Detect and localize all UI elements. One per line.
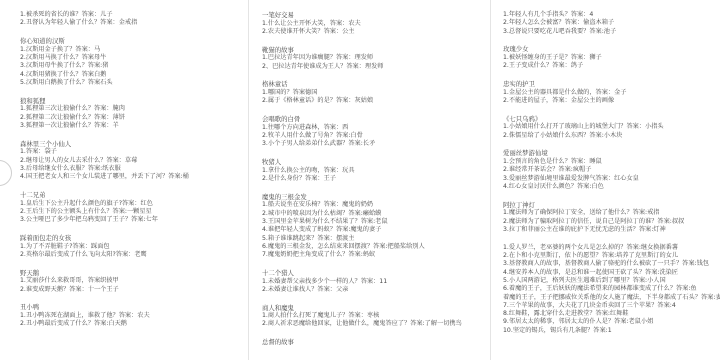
quiz-line: 3.爱丽丝梦游仙境里谁最爱发脾气答案：红心女皇 bbox=[503, 175, 720, 183]
section-title: 牧猪人 bbox=[262, 158, 490, 167]
quiz-section: 牧猪人1.拿什么换公主的吻，答案：玩具2.是什么身份？答案：王子 bbox=[262, 158, 490, 183]
quiz-line: 1.爱人罗兰，老巫婆的两个女儿是怎么掉的？答案:继女换据番薯 bbox=[503, 244, 720, 252]
quiz-section: 1.爱人罗兰，老巫婆的两个女儿是怎么掉的？答案:继女换据番薯2.在卜和小克里斯汀… bbox=[503, 244, 720, 335]
column-2: 一笔好交易1.什么让公主开怀大笑，答案：农夫2.农夫使谁开怀大笑？答案：公主靴猫… bbox=[248, 0, 490, 360]
quiz-line: 6.着魔的王子，王后妖妖的魔法希望来的园林都谁变成了什么？答案:鱼 bbox=[503, 285, 720, 293]
quiz-line: 3.基督教商人的故事，基督教商人偷了骆驼的什么被砍了一只手？答案:钱包 bbox=[503, 260, 720, 268]
quiz-section: 阿拉丁神灯1.魔法师为了确保阿拉丁安全，送给了他什么？答案:戒指2.魔法师为了骗… bbox=[503, 201, 720, 234]
section-title: 爱丽丝梦游仙境 bbox=[503, 149, 720, 158]
quiz-line: 1.答案：袋子 bbox=[20, 148, 248, 156]
quiz-line: 4.国王把老女人和三个女儿装进了哪里，并丢下了河？答案:桶 bbox=[20, 173, 248, 181]
quiz-line: 3.汉斯用母牛换了什么？答案:猪 bbox=[20, 62, 248, 70]
quiz-line: 2、巴拉达青年使谁成为王人？答案：理发师 bbox=[262, 63, 490, 71]
quiz-section: 魔鬼的三根金发1.船夫说坐在安乐椅？答案：魔鬼的奶奶2.城市中的喷泉因为什么枯竭… bbox=[262, 193, 490, 260]
quiz-section: 踩着面包走的女孩1.为了不弄脏鞋子?答案：踩面包2.英格尔最后变成了什么飞向太阳… bbox=[20, 234, 248, 259]
quiz-section: 丑小鸭1.丑小鸭冻死在湖面上，谁救了他？答案：农夫2.丑小鸭最后变成了什么？答案… bbox=[20, 303, 248, 328]
quiz-line: 2.商人祈求恶魔给他回家，让他做什么，魔鬼答应了？答案:了解一切携鸟 bbox=[262, 320, 490, 328]
quiz-line: 1.魔法师为了确保阿拉丁安全，送给了他什么？答案:戒指 bbox=[503, 209, 720, 217]
quiz-line: 9.邻居太太的稀事，邻居太太的仆人是？答案:老鼠小姐 bbox=[503, 318, 720, 326]
quiz-line: 1.狐狸第三次让狼偷什么？答案：腌肉 bbox=[20, 105, 248, 113]
quiz-line: 2.狐狸第二次让狼偷什么？答案：薄饼 bbox=[20, 114, 248, 122]
quiz-line: 1.丑小鸭冻死在湖面上，谁救了他？答案：农夫 bbox=[20, 312, 248, 320]
quiz-section: 十二兄弟1.皇后生下公主升起什么颜色的旗子?答案：红色2.王后生下的公主额头上有… bbox=[20, 191, 248, 224]
quiz-line: 4.继安养本人的故事，是总和谁一起使国王砍了头？答案:洗染匠 bbox=[503, 269, 720, 277]
quiz-line: 1.船夫说坐在安乐椅？答案：魔鬼的奶奶 bbox=[262, 201, 490, 209]
quiz-line: 1.巴拉达青年因为谁瘸腿？答案：理发师 bbox=[262, 54, 490, 62]
quiz-line: 3.后母给继女什么衣服？答案:纸衣服 bbox=[20, 165, 248, 173]
quiz-section: 十二个猎人1.未婚妻帮父亲找多少个一样的人？答案：112.未婚妻让谁找人？答案：… bbox=[262, 269, 490, 294]
quiz-line: 2.丑督认为年轻人偷了什么？答案：金戒指 bbox=[20, 19, 248, 27]
quiz-line: 3.总督说只要吃花儿吧吞我要？答案:池子 bbox=[503, 28, 720, 36]
quiz-line: 5.箱子谁谁跳起来？答案：摆渡主 bbox=[262, 235, 490, 243]
section-title: 格林童话 bbox=[262, 80, 490, 89]
quiz-line: 2.牧羊人用什么做了号角？答案:白骨 bbox=[262, 132, 490, 140]
section-title: 野天鹅 bbox=[20, 269, 248, 278]
quiz-section: 总督的故事 bbox=[262, 338, 490, 347]
section-title: 丑小鸭 bbox=[20, 303, 248, 312]
quiz-line: 2.谁经常开茶话会？答案:疯帽子 bbox=[503, 166, 720, 174]
quiz-line: 2.谁变成野天鹅？答案：十一个王子 bbox=[20, 286, 248, 294]
quiz-line: 2.丑小鸭最后变成了什么？答案:白天鹅 bbox=[20, 320, 248, 328]
quiz-line: 2.年轻人怎么会被富？答案：偷盗木箱子 bbox=[503, 19, 720, 27]
section-title: 狼和狐狸 bbox=[20, 97, 248, 106]
quiz-section: 1.被杀死的省长的谁？答案：儿子2.丑督认为年轻人偷了什么？答案：金戒指 bbox=[20, 11, 248, 28]
section-title: 一笔好交易 bbox=[262, 11, 490, 20]
quiz-line: 3.王国里金苹果树为什么不结果了？答案:老鼠 bbox=[262, 218, 490, 226]
quiz-line: 2.英格尔最后变成了什么飞向太阳?答案：老鹰 bbox=[20, 251, 248, 259]
quiz-section: 狼和狐狸1.狐狸第三次让狼偷什么？答案：腌肉2.狐狸第二次让狼偷什么？答案：薄饼… bbox=[20, 97, 248, 130]
quiz-line: 7.魔鬼奶奶把主角变成了什么？答案:蚂蚁 bbox=[262, 251, 490, 259]
quiz-section: 1.年轻人有几个手指头？答案：42.年轻人怎么会被富？答案：偷盗木箱子3.总督说… bbox=[503, 11, 720, 36]
quiz-section: 会唱歌的白骨1.往哪个方向进森林，答案：西2.牧羊人用什么做了号角？答案:白骨3… bbox=[262, 115, 490, 148]
section-title: 森林里三个小仙人 bbox=[20, 140, 248, 149]
quiz-section: 忠实的护卫1.金屋公主的器具都是什么做的，答案：金子2.不能进的屋子，答案：金屋… bbox=[503, 80, 720, 105]
quiz-line: 7.三个苹果的故事，大夫花了几块金币卖回了三个苹果？答案:4 bbox=[503, 302, 720, 310]
quiz-line: 1.皇后生下公主升起什么颜色的旗子?答案：红色 bbox=[20, 200, 248, 208]
section-title: 踩着面包走的女孩 bbox=[20, 234, 248, 243]
quiz-section: 玫瑰少女1.被妖怪缠身的王子是？答案：狮子2.王子变成什么？答案：鸽子 bbox=[503, 45, 720, 70]
quiz-line: 1.为了不弄脏鞋子?答案：踩面包 bbox=[20, 243, 248, 251]
quiz-section: 爱丽丝梦游仙境1.会预言的角色是什么？答案：睡鼠2.谁经常开茶话会？答案:疯帽子… bbox=[503, 149, 720, 191]
section-title: 会唱歌的白骨 bbox=[262, 115, 490, 124]
section-title: 十二兄弟 bbox=[20, 191, 248, 200]
quiz-section: 靴猫的故事1.巴拉达青年因为谁瘸腿？答案：理发师2、巴拉达青年使谁成为王人？答案… bbox=[262, 46, 490, 71]
quiz-section: 野天鹅1.艾丽莎什么来救哥哥，答案织披甲2.谁变成野天鹅？答案：十一个王子 bbox=[20, 269, 248, 294]
quiz-line: 1.往哪个方向进森林，答案：西 bbox=[262, 124, 490, 132]
section-title: 十二个猎人 bbox=[262, 269, 490, 278]
quiz-line: 3.公主哑巴了多少年把乌鸦变回了王子？答案:七年 bbox=[20, 216, 248, 224]
quiz-line: 1.金屋公主的器具都是什么做的，答案：金子 bbox=[503, 89, 720, 97]
section-title: 靴猫的故事 bbox=[262, 46, 490, 55]
section-title: 总督的故事 bbox=[262, 338, 490, 347]
quiz-line: 1.未婚妻帮父亲找多少个一样的人？答案：11 bbox=[262, 278, 490, 286]
quiz-section: 商人和魔鬼1.商人拍什么打死了魔鬼儿子？答案：枣核2.商人祈求恶魔给他回家，让他… bbox=[262, 304, 490, 329]
quiz-line: 4.谁把年轻人变成了蚂蚁？答案:魔鬼的妻子 bbox=[262, 226, 490, 234]
column-3: 1.年轻人有几个手指头？答案：42.年轻人怎么会被富？答案：偷盗木箱子3.总督说… bbox=[490, 0, 720, 360]
section-title: 忠实的护卫 bbox=[503, 80, 720, 89]
section-title: 你心知道的汉斯 bbox=[20, 37, 248, 46]
quiz-line: 2.侏儒星给了小姑娘什么东西？答案:小木块 bbox=[503, 132, 720, 140]
quiz-line: 5.汉斯用白鹅换了什么？答案石头 bbox=[20, 79, 248, 87]
quiz-section: 一笔好交易1.什么让公主开怀大笑，答案：农夫2.农夫使谁开怀大笑？答案：公主 bbox=[262, 11, 490, 36]
quiz-line: 1.什么让公主开怀大笑，答案：农夫 bbox=[262, 20, 490, 28]
quiz-line: 3.狐狸第一次让狼偷什么？答案：羊 bbox=[20, 122, 248, 130]
section-title: 商人和魔鬼 bbox=[262, 304, 490, 313]
quiz-line: 1.艾丽莎什么来救哥哥，答案织披甲 bbox=[20, 277, 248, 285]
column-1: 1.被杀死的省长的谁？答案：儿子2.丑督认为年轻人偷了什么？答案：金戒指你心知道… bbox=[0, 0, 248, 360]
quiz-section: 《七只乌鸦》1.小姑娘用什么打开了玻璃山上的城堡大门？答案：小指头2.侏儒星给了… bbox=[503, 115, 720, 140]
quiz-line: 2.农夫使谁开怀大笑？答案：公主 bbox=[262, 28, 490, 36]
quiz-line: 2.属于《格林童话》的是？答案：灰姑娘 bbox=[262, 97, 490, 105]
quiz-section: 你心知道的汉斯1.汉斯用金子换了？答案：马2.汉斯用马换了什么？答案母牛3.汉斯… bbox=[20, 37, 248, 87]
quiz-line: 2.继母让男人的女儿去采什么？答案：草莓 bbox=[20, 157, 248, 165]
quiz-line: 10.坚定的锡兵，锡兵有几条腿？答案:1 bbox=[503, 327, 720, 335]
quiz-line: 4.红心女皇讨厌什么颜色？答案:白色 bbox=[503, 183, 720, 191]
section-title: 玫瑰少女 bbox=[503, 45, 720, 54]
quiz-section: 森林里三个小仙人1.答案：袋子2.继母让男人的女儿去采什么？答案：草莓3.后母给… bbox=[20, 140, 248, 182]
quiz-line: 4.汉斯用猪换了什么？答案白鹅 bbox=[20, 71, 248, 79]
quiz-line: 1.小姑娘用什么打开了玻璃山上的城堡大门？答案：小指头 bbox=[503, 123, 720, 131]
quiz-line: 2.是什么身份？答案：王子 bbox=[262, 175, 490, 183]
document-page: 1.被杀死的省长的谁？答案：儿子2.丑督认为年轻人偷了什么？答案：金戒指你心知道… bbox=[0, 0, 720, 360]
quiz-line: 2.王子变成什么？答案：鸽子 bbox=[503, 62, 720, 70]
quiz-line: 着魔的王子，王子把挪威位关系他的女人施了魔法，下半身都成了石头？答案:妻子 bbox=[503, 294, 720, 302]
quiz-line: 3.拉丁和菲丽公主在谁的庇护下无忧无虑的生活？答案:灯神 bbox=[503, 226, 720, 234]
quiz-line: 2.城市中的喷泉因为什么枯竭？答案:癞蛤蟆 bbox=[262, 210, 490, 218]
quiz-line: 3.小个子男人给弟弟什么武器？答案:长矛 bbox=[262, 140, 490, 148]
quiz-line: 2.不能进的屋子，答案：金屋公主的画像 bbox=[503, 97, 720, 105]
quiz-line: 2.未婚妻让谁找人？答案：父亲 bbox=[262, 286, 490, 294]
quiz-line: 1.汉斯用金子换了？答案：马 bbox=[20, 46, 248, 54]
quiz-line: 1.拿什么换公主的吻，答案：玩具 bbox=[262, 167, 490, 175]
quiz-line: 6.魔鬼的三根金发，怎么结束来回摆渡？答案:把船桨给别人 bbox=[262, 243, 490, 251]
quiz-line: 2.王后生下的公主额头上有什么？答案:一颗星星 bbox=[20, 208, 248, 216]
quiz-line: 5.小人国两游记，格列夫医生遇难后到了哪里？答案:小人国 bbox=[503, 277, 720, 285]
quiz-line: 2.魔法师为了骗取阿拉丁的信任，说自己是阿拉丁的谁？答案:叔叔 bbox=[503, 218, 720, 226]
quiz-section: 格林童话1.哪国的？答案德国2.属于《格林童话》的是？答案：灰姑娘 bbox=[262, 80, 490, 105]
